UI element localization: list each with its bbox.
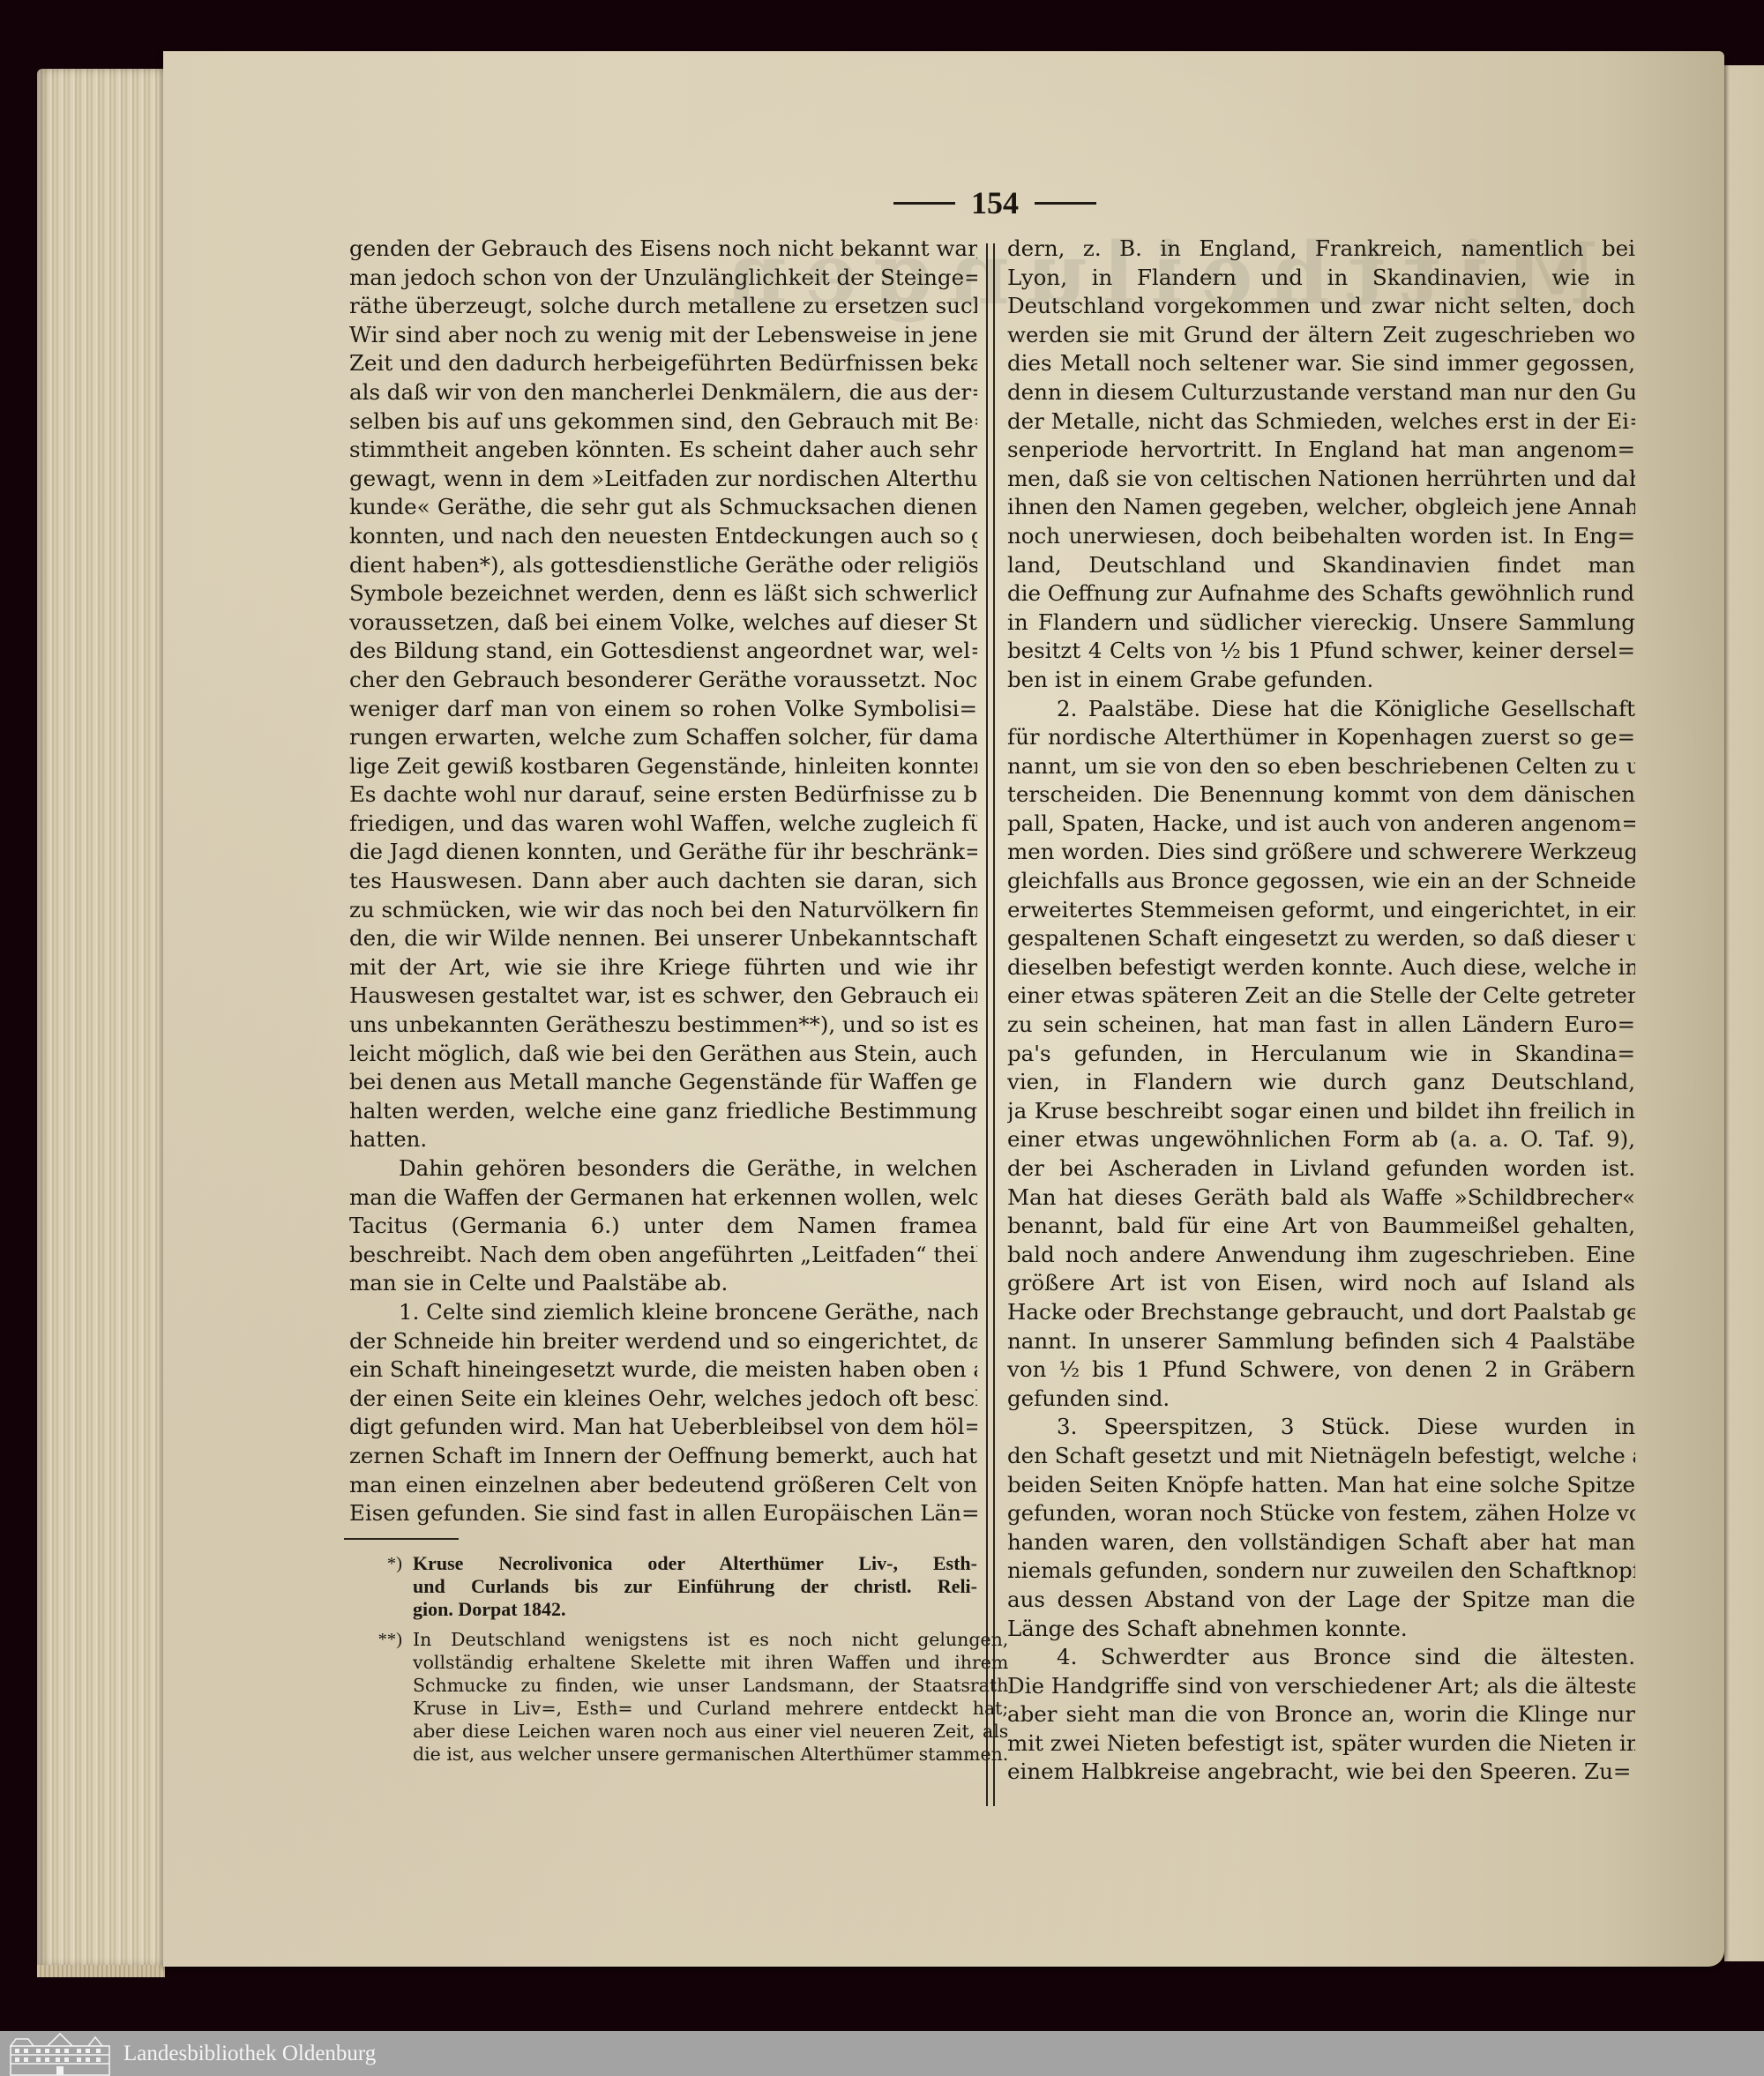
text-line: größere Art ist von Eisen, wird noch auf… xyxy=(1007,1269,1635,1298)
text-line: des Bildung stand, ein Gottesdienst ange… xyxy=(349,637,977,666)
text-line: 1. Celte sind ziemlich kleine broncene G… xyxy=(349,1298,977,1327)
paragraph: 4. Schwerdter aus Bronce sind die ältest… xyxy=(1007,1643,1635,1787)
text-line: der einen Seite ein kleines Oehr, welche… xyxy=(349,1385,977,1414)
footnote-line: vollständig erhaltene Skelette mit ihren… xyxy=(413,1651,1008,1674)
text-line: senperiode hervortritt. In England hat m… xyxy=(1007,436,1635,465)
text-line: hatten. xyxy=(349,1125,977,1154)
text-line: von ½ bis 1 Pfund Schwere, von denen 2 i… xyxy=(1007,1355,1635,1385)
text-line: leicht möglich, daß wie bei den Geräthen… xyxy=(349,1040,977,1069)
text-line: men, daß sie von celtischen Nationen her… xyxy=(1007,465,1635,494)
text-line: genden der Gebrauch des Eisens noch nich… xyxy=(349,235,977,264)
text-line: Länge des Schaft abnehmen konnte. xyxy=(1007,1615,1635,1644)
text-line: der Schneide hin breiter werdend und so … xyxy=(349,1327,977,1356)
footnote-marker: *) xyxy=(363,1552,413,1621)
text-line: Zeit und den dadurch herbeigeführten Bed… xyxy=(349,349,977,378)
text-line: zu schmücken, wie wir das noch bei den N… xyxy=(349,896,977,925)
text-line: denn in diesem Culturzustande verstand m… xyxy=(1007,378,1635,407)
text-line: weniger darf man von einem so rohen Volk… xyxy=(349,695,977,724)
text-line: dies Metall noch seltener war. Sie sind … xyxy=(1007,349,1635,378)
paragraph: 2. Paalstäbe. Diese hat die Königliche G… xyxy=(1007,695,1635,1414)
text-line: man die Waffen der Germanen hat erkennen… xyxy=(349,1184,977,1213)
library-building-icon xyxy=(7,2032,113,2076)
text-line: räthe überzeugt, solche durch metallene … xyxy=(349,292,977,321)
text-line: nannt. In unserer Sammlung befinden sich… xyxy=(1007,1327,1635,1356)
text-line: konnten, und nach den neuesten Entdeckun… xyxy=(349,522,977,551)
text-line: den Schaft gesetzt und mit Nietnägeln be… xyxy=(1007,1442,1635,1471)
text-line: Tacitus (Germania 6.) unter dem Namen fr… xyxy=(349,1212,977,1241)
text-line: ja Kruse beschreibt sogar einen und bild… xyxy=(1007,1097,1635,1126)
footnote-body: In Deutschland wenigstens ist es noch ni… xyxy=(413,1628,1008,1766)
text-line: bei denen aus Metall manche Gegenstände … xyxy=(349,1068,977,1097)
text-line: terscheiden. Die Benennung kommt von dem… xyxy=(1007,780,1635,810)
text-line: aus dessen Abstand von der Lage der Spit… xyxy=(1007,1586,1635,1615)
text-line: ben ist in einem Grabe gefunden. xyxy=(1007,666,1635,695)
institution-name: Landesbibliothek Oldenburg xyxy=(123,2042,376,2066)
text-line: nannt, um sie von den so eben beschriebe… xyxy=(1007,752,1635,781)
text-line: Hauswesen gestaltet war, ist es schwer, … xyxy=(349,982,977,1011)
text-line: erweitertes Stemmeisen geformt, und eing… xyxy=(1007,896,1635,925)
text-line: für nordische Alterthümer in Kopenhagen … xyxy=(1007,723,1635,752)
text-line: rungen erwarten, welche zum Schaffen sol… xyxy=(349,723,977,752)
text-line: halten werden, welche eine ganz friedlic… xyxy=(349,1097,977,1126)
footnotes: *)Kruse Necrolivonica oder Alterthümer L… xyxy=(363,1552,977,1773)
text-line: aber sieht man die von Bronce an, worin … xyxy=(1007,1700,1635,1729)
text-line: gespaltenen Schaft eingesetzt zu werden,… xyxy=(1007,924,1635,953)
page-edge-stack xyxy=(37,69,165,1967)
footnote-line: gion. Dorpat 1842. xyxy=(413,1598,977,1621)
head-rule-right xyxy=(1035,202,1096,205)
text-line: als daß wir von den mancherlei Denkmäler… xyxy=(349,378,977,407)
footnote-rule xyxy=(344,1538,459,1540)
text-line: den, die wir Wilde nennen. Bei unserer U… xyxy=(349,924,977,953)
text-line: beiden Seiten Knöpfe hatten. Man hat ein… xyxy=(1007,1471,1635,1500)
text-line: gleichfalls aus Bronce gegossen, wie ein… xyxy=(1007,867,1635,896)
running-head: 154 xyxy=(887,183,1102,222)
text-line: dieselben befestigt werden konnte. Auch … xyxy=(1007,953,1635,982)
text-line: Lyon, in Flandern und in Skandinavien, w… xyxy=(1007,264,1635,293)
footnote-line: die ist, aus welcher unsere germanischen… xyxy=(413,1743,1008,1766)
text-line: Es dachte wohl nur darauf, seine ersten … xyxy=(349,780,977,810)
text-line: men worden. Dies sind größere und schwer… xyxy=(1007,838,1635,867)
text-line: 3. Speerspitzen, 3 Stück. Diese wurden i… xyxy=(1007,1413,1635,1442)
text-line: cher den Gebrauch besonderer Geräthe vor… xyxy=(349,666,977,695)
right-column: dern, z. B. in England, Frankreich, name… xyxy=(1007,235,1635,1787)
footnote-line: Schmucke zu finden, wie unser Landsmann,… xyxy=(413,1674,1008,1697)
text-line: stimmtheit angeben könnten. Es scheint d… xyxy=(349,436,977,465)
head-rule-left xyxy=(893,202,955,205)
footnote-line: und Curlands bis zur Einführung der chri… xyxy=(413,1575,977,1598)
footer-bar: Landesbibliothek Oldenburg xyxy=(0,2031,1764,2076)
text-line: voraussetzen, daß bei einem Volke, welch… xyxy=(349,609,977,638)
text-line: benannt, bald für eine Art von Baummeiße… xyxy=(1007,1212,1635,1241)
text-line: 4. Schwerdter aus Bronce sind die ältest… xyxy=(1007,1643,1635,1672)
text-line: Symbole bezeichnet werden, denn es läßt … xyxy=(349,579,977,609)
text-line: pa's gefunden, in Herculanum wie in Skan… xyxy=(1007,1040,1635,1069)
text-line: 2. Paalstäbe. Diese hat die Königliche G… xyxy=(1007,695,1635,724)
text-line: Dahin gehören besonders die Geräthe, in … xyxy=(349,1154,977,1184)
text-line: werden sie mit Grund der ältern Zeit zug… xyxy=(1007,321,1635,350)
text-line: gewagt, wenn in dem »Leitfaden zur nordi… xyxy=(349,465,977,494)
text-line: tes Hauswesen. Dann aber auch dachten si… xyxy=(349,867,977,896)
text-line: gefunden sind. xyxy=(1007,1385,1635,1414)
text-line: niemals gefunden, sondern nur zuweilen d… xyxy=(1007,1557,1635,1586)
footnote-line: Kruse Necrolivonica oder Alterthümer Liv… xyxy=(413,1552,977,1575)
text-line: Wir sind aber noch zu wenig mit der Lebe… xyxy=(349,321,977,350)
text-line: pall, Spaten, Hacke, und ist auch von an… xyxy=(1007,810,1635,839)
text-line: ihnen den Namen gegeben, welcher, obglei… xyxy=(1007,493,1635,522)
text-line: man sie in Celte und Paalstäbe ab. xyxy=(349,1269,977,1298)
text-line: selben bis auf uns gekommen sind, den Ge… xyxy=(349,407,977,437)
text-line: mit der Art, wie sie ihre Kriege führten… xyxy=(349,953,977,982)
text-line: beschreibt. Nach dem oben angeführten „L… xyxy=(349,1241,977,1270)
text-line: land, Deutschland und Skandinavien finde… xyxy=(1007,551,1635,580)
footnote-line: aber diese Leichen waren noch aus einer … xyxy=(413,1720,1008,1743)
paragraph: 1. Celte sind ziemlich kleine broncene G… xyxy=(349,1298,977,1528)
text-line: handen waren, den vollständigen Schaft a… xyxy=(1007,1528,1635,1557)
text-line: kunde« Geräthe, die sehr gut als Schmuck… xyxy=(349,493,977,522)
text-line: in Flandern und südlicher viereckig. Uns… xyxy=(1007,609,1635,638)
text-line: einem Halbkreise angebracht, wie bei den… xyxy=(1007,1758,1635,1787)
text-line: zu sein scheinen, hat man fast in allen … xyxy=(1007,1011,1635,1040)
text-line: besitzt 4 Celts von ½ bis 1 Pfund schwer… xyxy=(1007,637,1635,666)
text-line: einer etwas späteren Zeit an die Stelle … xyxy=(1007,982,1635,1011)
paragraph: genden der Gebrauch des Eisens noch nich… xyxy=(349,235,977,1154)
column-divider-double-rule xyxy=(986,243,995,1806)
text-line: lige Zeit gewiß kostbaren Gegenstände, h… xyxy=(349,752,977,781)
next-page-edge xyxy=(1724,65,1764,1961)
text-line: dern, z. B. in England, Frankreich, name… xyxy=(1007,235,1635,264)
footnote-line: In Deutschland wenigstens ist es noch ni… xyxy=(413,1628,1008,1651)
text-line: Man hat dieses Geräth bald als Waffe »Sc… xyxy=(1007,1184,1635,1213)
text-line: die Oeffnung zur Aufnahme des Schafts ge… xyxy=(1007,579,1635,609)
text-line: ein Schaft hineingesetzt wurde, die meis… xyxy=(349,1355,977,1385)
text-line: bald noch andere Anwendung ihm zugeschri… xyxy=(1007,1241,1635,1270)
text-line: Hacke oder Brechstange gebraucht, und do… xyxy=(1007,1298,1635,1327)
paragraph: Dahin gehören besonders die Geräthe, in … xyxy=(349,1154,977,1298)
footnote-marker: **) xyxy=(363,1628,413,1766)
text-line: gefunden, woran noch Stücke von festem, … xyxy=(1007,1499,1635,1528)
text-line: der Metalle, nicht das Schmieden, welche… xyxy=(1007,407,1635,437)
text-line: der bei Ascheraden in Livland gefunden w… xyxy=(1007,1154,1635,1184)
text-line: noch unerwiesen, doch beibehalten worden… xyxy=(1007,522,1635,551)
text-line: vien, in Flandern wie durch ganz Deutsch… xyxy=(1007,1068,1635,1097)
text-line: zernen Schaft im Innern der Oeffnung bem… xyxy=(349,1442,977,1471)
text-line: man jedoch schon von der Unzulänglichkei… xyxy=(349,264,977,293)
text-line: Deutschland vorgekommen und zwar nicht s… xyxy=(1007,292,1635,321)
text-line: digt gefunden wird. Man hat Ueberbleibse… xyxy=(349,1413,977,1442)
text-line: Die Handgriffe sind von verschiedener Ar… xyxy=(1007,1672,1635,1701)
footnote: *)Kruse Necrolivonica oder Alterthümer L… xyxy=(363,1552,977,1621)
footnote-line: Kruse in Liv=, Esth= und Curland mehrere… xyxy=(413,1697,1008,1720)
text-line: mit zwei Nieten befestigt ist, später wu… xyxy=(1007,1729,1635,1759)
paragraph: 3. Speerspitzen, 3 Stück. Diese wurden i… xyxy=(1007,1413,1635,1643)
paragraph: dern, z. B. in England, Frankreich, name… xyxy=(1007,235,1635,695)
text-line: friedigen, und das waren wohl Waffen, we… xyxy=(349,810,977,839)
text-line: einer etwas ungewöhnlichen Form ab (a. a… xyxy=(1007,1125,1635,1154)
footnote-body: Kruse Necrolivonica oder Alterthümer Liv… xyxy=(413,1552,977,1621)
page-number: 154 xyxy=(971,184,1019,221)
left-column: genden der Gebrauch des Eisens noch nich… xyxy=(349,235,977,1528)
text-line: uns unbekannten Gerätheszu bestimmen**),… xyxy=(349,1011,977,1040)
text-line: Eisen gefunden. Sie sind fast in allen E… xyxy=(349,1499,977,1528)
text-line: die Jagd dienen konnten, und Geräthe für… xyxy=(349,838,977,867)
footnote: **)In Deutschland wenigstens ist es noch… xyxy=(363,1628,977,1766)
text-line: dient haben*), als gottesdienstliche Ger… xyxy=(349,551,977,580)
text-line: man einen einzelnen aber bedeutend größe… xyxy=(349,1471,977,1500)
